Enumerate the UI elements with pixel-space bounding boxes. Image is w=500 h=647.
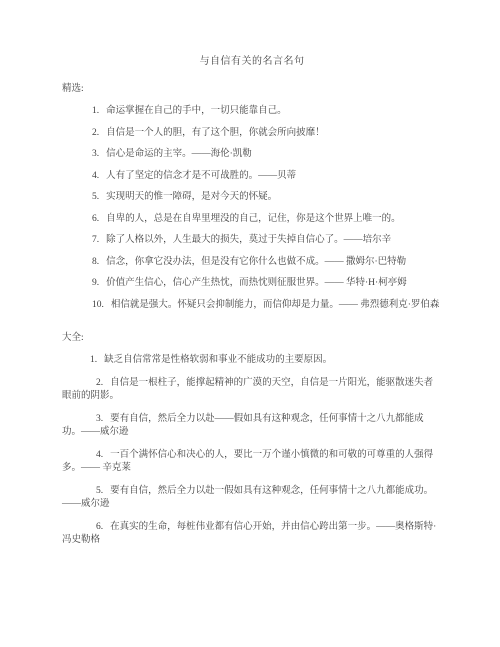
section-selected: 精选: 1.命运掌握在自己的手中，一切只能靠自己。 2.自信是一个人的胆，有了这…: [62, 83, 442, 312]
quote-item: 2.自信是一根柱子，能撑起精神的广漠的天空，自信是一片阳光，能驱散迷失者眼前的阴…: [62, 377, 442, 403]
section-complete: 大全: 1.缺乏自信常常是性格软弱和事业不能成功的主要原因。 2.自信是一根柱子…: [62, 332, 442, 547]
quote-number: 3.: [96, 414, 103, 424]
quote-item: 6.自卑的人，总是在自卑里埋没的自己，记住，你是这个世界上唯一的。: [62, 213, 442, 226]
quote-text: 信心是命运的主宰。——海伦·凯勒: [106, 149, 252, 159]
quote-item: 7.除了人格以外，人生最大的损失，莫过于失掉自信心了。——培尔辛: [62, 234, 442, 247]
quote-number: 6.: [96, 522, 103, 532]
quote-number: 4.: [96, 450, 103, 460]
quote-text: 自信是一个人的胆，有了这个胆，你就会所向披靡！: [106, 128, 325, 138]
quote-text: 自卑的人，总是在自卑里埋没的自己，记住，你是这个世界上唯一的。: [106, 214, 401, 224]
quote-item: 9.价值产生信心，信心产生热忱，而热忱则征服世界。—— 华特·H·柯亭姆: [62, 277, 442, 290]
quote-number: 2.: [92, 128, 99, 138]
quote-item: 4.人有了坚定的信念才是不可战胜的。——贝蒂: [62, 170, 442, 183]
quote-number: 2.: [96, 378, 103, 388]
quote-text: 要有自信，然后全力以赴一假如具有这种观念，任何事情十之八九都能成功。——威尔逊: [62, 486, 433, 509]
quote-text: 一百个满怀信心和决心的人，要比一万个谨小慎微的和可敬的可尊重的人强得多。—— 辛…: [62, 450, 433, 473]
quote-item: 5.要有自信，然后全力以赴一假如具有这种观念，任何事情十之八九都能成功。——威尔…: [62, 485, 442, 511]
quote-text: 命运掌握在自己的手中，一切只能靠自己。: [106, 106, 287, 116]
quote-text: 价值产生信心，信心产生热忱，而热忱则征服世界。—— 华特·H·柯亭姆: [106, 278, 407, 288]
quote-item: 3.信心是命运的主宰。——海伦·凯勒: [62, 148, 442, 161]
quote-text: 相信就是强大。怀疑只会抑制能力，而信仰却是力量。—— 弗烈德利克·罗伯森: [111, 300, 440, 310]
quote-number: 1.: [90, 355, 97, 365]
quote-number: 10.: [92, 300, 104, 310]
quote-number: 6.: [92, 214, 99, 224]
section-complete-heading: 大全:: [62, 332, 442, 345]
quote-number: 1.: [92, 106, 99, 116]
quote-text: 缺乏自信常常是性格软弱和事业不能成功的主要原因。: [104, 355, 332, 365]
quote-item: 2.自信是一个人的胆，有了这个胆，你就会所向披靡！: [62, 127, 442, 140]
quote-text: 除了人格以外，人生最大的损失，莫过于失掉自信心了。——培尔辛: [106, 235, 391, 245]
quote-number: 9.: [92, 278, 99, 288]
quote-item: 1.命运掌握在自己的手中，一切只能靠自己。: [62, 105, 442, 118]
page-title: 与自信有关的名言名句: [62, 55, 442, 68]
quote-item: 1.缺乏自信常常是性格软弱和事业不能成功的主要原因。: [62, 354, 442, 367]
quote-number: 4.: [92, 171, 99, 181]
quote-text: 在真实的生命，每桩伟业都有信心开始，并由信心跨出第一步。——奥格斯特·冯史勒格: [62, 522, 436, 545]
quote-text: 要有自信，然后全力以赴——假如具有这种观念，任何事情十之八九都能成功。——威尔逊: [62, 414, 424, 437]
quote-text: 人有了坚定的信念才是不可战胜的。——贝蒂: [106, 171, 296, 181]
quote-number: 3.: [92, 149, 99, 159]
quote-item: 3.要有自信，然后全力以赴——假如具有这种观念，任何事情十之八九都能成功。——威…: [62, 413, 442, 439]
quote-item: 5.实现明天的惟一障碍，是对今天的怀疑。: [62, 191, 442, 204]
quote-text: 实现明天的惟一障碍，是对今天的怀疑。: [106, 192, 277, 202]
quote-item: 8.信念，你拿它没办法，但是没有它你什么也做不成。—— 撒姆尔·巴特勒: [62, 256, 442, 269]
quote-item: 10.相信就是强大。怀疑只会抑制能力，而信仰却是力量。—— 弗烈德利克·罗伯森: [62, 299, 442, 312]
quote-text: 自信是一根柱子，能撑起精神的广漠的天空，自信是一片阳光，能驱散迷失者眼前的阴影。: [62, 378, 433, 401]
quote-number: 8.: [92, 257, 99, 267]
quote-number: 7.: [92, 235, 99, 245]
quote-text: 信念，你拿它没办法，但是没有它你什么也做不成。—— 撒姆尔·巴特勒: [106, 257, 406, 267]
quote-item: 4.一百个满怀信心和决心的人，要比一万个谨小慎微的和可敬的可尊重的人强得多。——…: [62, 449, 442, 475]
quote-item: 6.在真实的生命，每桩伟业都有信心开始，并由信心跨出第一步。——奥格斯特·冯史勒…: [62, 521, 442, 547]
quote-number: 5.: [92, 192, 99, 202]
section-selected-heading: 精选:: [62, 83, 442, 96]
quote-number: 5.: [96, 486, 103, 496]
document-page: 与自信有关的名言名句 精选: 1.命运掌握在自己的手中，一切只能靠自己。 2.自…: [0, 0, 500, 647]
